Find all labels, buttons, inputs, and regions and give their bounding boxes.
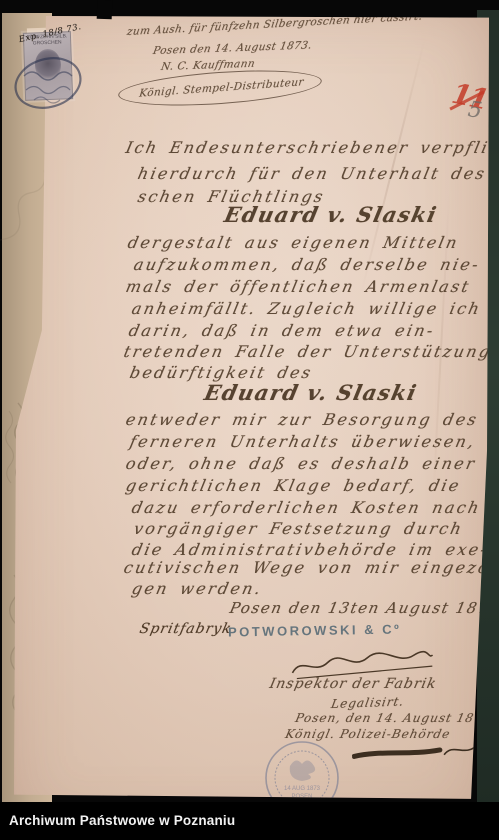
- pencil-number: 5: [466, 97, 483, 124]
- stamp-eagle-icon: [290, 760, 315, 781]
- dateline: Posen den 13ten August 1873.: [228, 599, 499, 617]
- photo-edge-notch: [97, 0, 113, 19]
- round-stamp-date: 14 AUG 1873: [284, 786, 321, 792]
- scanned-document-photo: zum Aush. für fünfzehn Silbergroschen hi…: [0, 0, 499, 840]
- archive-name-label: Archiwum Państwowe w Poznaniu: [9, 813, 235, 828]
- body-line: ferneren Unterhalts überwiesen,: [128, 432, 478, 451]
- body-line: vorgängiger Festsetzung durch: [132, 519, 465, 538]
- cancellation-stamp: [10, 52, 86, 114]
- body-line: dazu erforderlichen Kosten nach: [130, 498, 483, 517]
- body-line: gerichtlichen Klage bedarf, die: [124, 476, 463, 495]
- body-line: cutivischen Wege von mir eingezo-: [122, 558, 499, 577]
- inspector-title: Inspektor der Fabrik: [268, 676, 438, 692]
- body-line: entweder mir zur Besorgung des: [124, 410, 480, 429]
- factory-word: Spritfabryk: [138, 621, 233, 637]
- document-page: zum Aush. für fünfzehn Silbergroschen hi…: [0, 0, 499, 840]
- body-line: mals der öffentlichen Armenlast: [124, 277, 472, 296]
- body-line: oder, ohne daß es deshalb einer: [124, 454, 478, 473]
- body-line: die Administrativbehörde im exe-: [130, 540, 490, 559]
- legalization-date: Posen, den 14. August 1873: [294, 711, 493, 725]
- legalized-note: Legalisirt.: [330, 694, 405, 711]
- body-line: Ich Endesunterschriebener verpflichte mi…: [124, 138, 499, 157]
- body-line: dergestalt aus eigenen Mitteln: [126, 233, 461, 252]
- fee-note-line: zum Aush. für fünfzehn Silbergroschen hi…: [126, 10, 423, 38]
- round-stamp-place: POSEN: [291, 794, 312, 800]
- fee-note-date: Posen den 14. August 1873.: [152, 39, 313, 57]
- archive-caption-bar: Archiwum Państwowe w Poznaniu: [0, 802, 499, 840]
- body-line: gen werden.: [130, 579, 264, 598]
- body-line: aufzukommen, daß derselbe nie-: [132, 255, 482, 274]
- body-line: hierdurch für den Unterhalt des polni-: [136, 164, 499, 183]
- subject-name: Eduard v. Slaski: [222, 202, 440, 227]
- subject-name: Eduard v. Slaski: [202, 380, 420, 405]
- distributor-oval-note: Königl. Stempel-Distributeur: [117, 65, 323, 111]
- body-line: anheimfällt. Zugleich willige ich: [130, 299, 483, 318]
- signature-police-official: [352, 738, 489, 767]
- distributor-title: Königl. Stempel-Distributeur: [138, 76, 304, 100]
- body-line: darin, daß in dem etwa ein-: [127, 321, 437, 340]
- revenue-stamp-block: FÜNFZEHN SILB. GROSCHEN Exp. 18/8 73.: [20, 26, 84, 122]
- company-ink-stamp: POTWOROWSKI & Cº: [228, 621, 402, 639]
- body-line: tretenden Falle der Unterstützungs-: [122, 342, 499, 361]
